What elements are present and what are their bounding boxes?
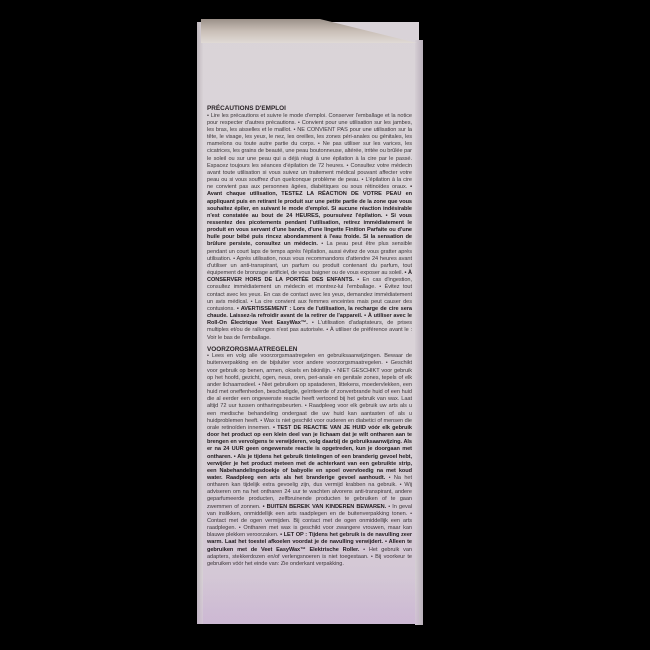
box-left-edge <box>197 22 203 624</box>
emphasized-warning: • TEST DE REACTIE VAN JE HUID vóór elk g… <box>207 425 412 481</box>
emphasized-warning: • BUITEN BEREIK VAN KINDEREN BEWAREN. <box>263 504 387 510</box>
emphasized-warning: • Avant chaque utilisation, TESTEZ LA RÉ… <box>207 184 412 247</box>
instructions-text-panel: PRÉCAUTIONS D'EMPLOI • Lire les précauti… <box>207 105 412 568</box>
dutch-heading: VOORZORGSMAATREGELEN <box>207 346 412 353</box>
dutch-precautions-text: • Lees en volg alle voorzorgsmaatregelen… <box>207 353 412 568</box>
body-text: • Lire les précautions et suivre le mode… <box>207 113 412 191</box>
body-text: • Lees en volg alle voorzorgsmaatregelen… <box>207 353 412 431</box>
french-precautions-text: • Lire les précautions et suivre le mode… <box>207 113 412 342</box>
french-heading: PRÉCAUTIONS D'EMPLOI <box>207 105 412 112</box>
box-right-edge <box>415 40 423 625</box>
